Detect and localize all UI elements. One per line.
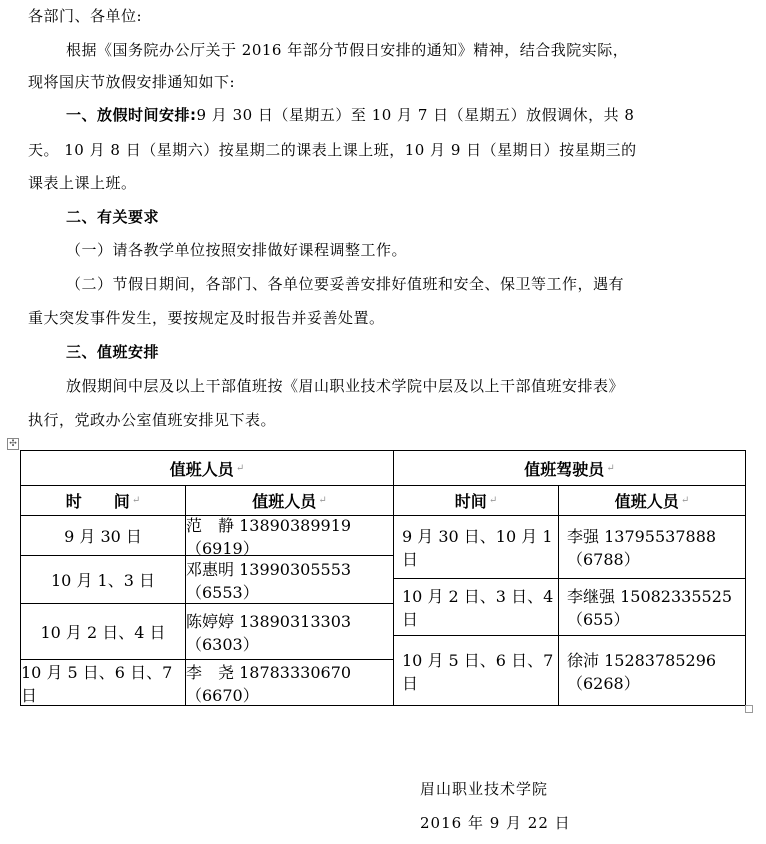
salutation: 各部门、各单位: bbox=[28, 6, 142, 26]
section2-item-2-line-2: 重大突发事件发生，要按规定及时报告并妥善处置。 bbox=[28, 308, 385, 328]
table-move-handle-icon[interactable]: ✣ bbox=[7, 438, 19, 450]
section1-line-2: 天。 10 月 8 日（星期六）按星期二的课表上课上班，10 月 9 日（星期日… bbox=[28, 140, 637, 160]
staff-group-header: 值班人员↵ bbox=[20, 450, 394, 486]
staff-row-4-time: 10 月 5 日、6 日、7 日 bbox=[20, 659, 186, 706]
staff-row-3-person: 陈婷婷 13890313303（6303） bbox=[185, 603, 394, 660]
driver-col-person-header: 值班人员↵ bbox=[558, 485, 746, 516]
signature-org: 眉山职业技术学院 bbox=[420, 778, 548, 799]
section2-item-1: （一）请各教学单位按照安排做好课程调整工作。 bbox=[66, 240, 407, 260]
driver-group-header: 值班驾驶员↵ bbox=[393, 450, 746, 486]
staff-row-3-time: 10 月 2 日、4 日 bbox=[20, 603, 186, 660]
staff-row-1-person: 范 静 13890389919（6919） bbox=[185, 515, 394, 556]
driver-row-3-person: 徐沛 15283785296（6268） bbox=[558, 635, 746, 706]
paragraph-mark-icon: ↵ bbox=[132, 495, 140, 506]
paragraph-mark-icon: ↵ bbox=[318, 495, 326, 506]
staff-col-person-label: 值班人员 bbox=[252, 489, 316, 512]
section1-heading: 一、放假时间安排: bbox=[66, 106, 197, 124]
section1-line-3: 课表上课上班。 bbox=[28, 173, 137, 193]
staff-row-2-person: 邓惠明 13990305553（6553） bbox=[185, 555, 394, 604]
table-resize-handle[interactable] bbox=[745, 705, 753, 713]
signature-date: 2016 年 9 月 22 日 bbox=[420, 812, 571, 833]
driver-group-title: 值班驾驶员 bbox=[524, 457, 604, 480]
staff-row-4-person: 李 尧 18783330670（6670） bbox=[185, 659, 394, 706]
driver-row-2-person: 李继强 15082335525（655） bbox=[558, 578, 746, 636]
driver-row-1-time: 9 月 30 日、10 月 1 日 bbox=[393, 515, 559, 579]
driver-col-time-label: 时间 bbox=[455, 489, 487, 512]
intro-line-1: 根据《国务院办公厅关于 2016 年部分节假日安排的通知》精神，结合我院实际， bbox=[66, 40, 628, 60]
paragraph-mark-icon: ↵ bbox=[489, 495, 497, 506]
section2-heading: 二、有关要求 bbox=[66, 207, 159, 227]
paragraph-mark-icon: ↵ bbox=[681, 495, 689, 506]
section1-line1-text: 9 月 30 日（星期五）至 10 月 7 日（星期五）放假调休，共 8 bbox=[197, 106, 635, 124]
driver-col-person-label: 值班人员 bbox=[615, 489, 679, 512]
staff-row-1-time: 9 月 30 日 bbox=[20, 515, 186, 556]
driver-col-time-header: 时间↵ bbox=[393, 485, 559, 516]
section3-heading: 三、值班安排 bbox=[66, 342, 159, 362]
staff-col-person-header: 值班人员↵ bbox=[185, 485, 394, 516]
staff-row-2-time: 10 月 1、3 日 bbox=[20, 555, 186, 604]
paragraph-mark-icon: ↵ bbox=[236, 463, 244, 474]
driver-row-3-time: 10 月 5 日、6 日、7 日 bbox=[393, 635, 559, 706]
section3-line-1: 放假期间中层及以上干部值班按《眉山职业技术学院中层及以上干部值班安排表》 bbox=[66, 376, 624, 396]
staff-col-time-header: 时 间↵ bbox=[20, 485, 186, 516]
section3-line-2: 执行，党政办公室值班安排见下表。 bbox=[28, 410, 276, 430]
staff-col-time-label: 时 间 bbox=[66, 489, 130, 512]
section2-item-2-line-1: （二）节假日期间，各部门、各单位要妥善安排好值班和安全、保卫等工作，遇有 bbox=[66, 274, 624, 294]
intro-line-2: 现将国庆节放假安排通知如下: bbox=[28, 72, 235, 92]
staff-group-title: 值班人员 bbox=[170, 457, 234, 480]
driver-row-2-time: 10 月 2 日、3 日、4 日 bbox=[393, 578, 559, 636]
paragraph-mark-icon: ↵ bbox=[606, 463, 614, 474]
section1-line-1: 一、放假时间安排:9 月 30 日（星期五）至 10 月 7 日（星期五）放假调… bbox=[66, 105, 634, 125]
driver-row-1-person: 李强 13795537888（6788） bbox=[558, 515, 746, 579]
